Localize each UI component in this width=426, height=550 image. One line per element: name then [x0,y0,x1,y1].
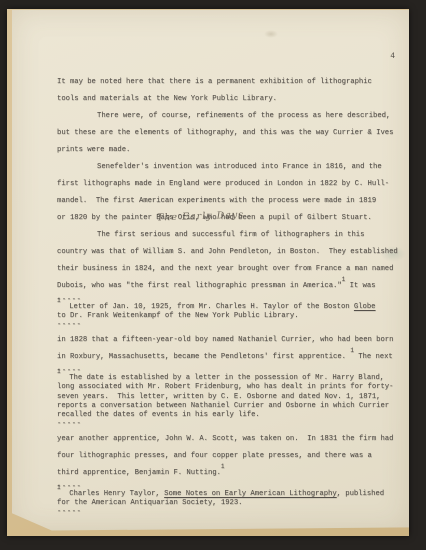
text-line: There were, of course, refinements of th… [57,108,403,125]
footnote-2: ----- 1 The date is established by a let… [57,368,403,427]
text-line: their business in 1824, and the next yea… [57,261,403,278]
footnote-line: recalled the dates of events in his earl… [57,411,403,420]
footnote-line: 1 The date is established by a letter in… [57,374,403,383]
paragraph-5: in 1828 that a fifteen-year-old boy name… [57,332,403,366]
footnote-line: 1 Letter of Jan. 10, 1925, from Mr. Char… [57,303,403,312]
text-line: Dubois, who was "the first real lithogra… [57,278,403,295]
footnote-line: to Dr. Frank Weitenkampf of the New York… [57,312,403,321]
footnote-reference: 1 [221,463,225,470]
text-line: year another apprentice, John W. A. Scot… [57,431,403,448]
text-line: first lithographs made in England were p… [57,176,403,193]
body-text: It may be noted here that there is a per… [57,74,403,519]
text-segment: , published [337,490,384,498]
text-segment: Dubois, who was "the first real lithogra… [57,282,342,290]
text-line: Senefelder's invention was introduced in… [57,159,403,176]
footnote-line: long associated with Mr. Robert Fridenbu… [57,383,403,392]
paragraph-3: Senefelder's invention was introduced in… [57,159,403,227]
page-number: 4 [390,52,395,61]
footnote-separator: ----- [57,509,403,515]
text-line: tools and materials at the New York Publ… [57,91,403,108]
footnote-separator: ----- [57,421,403,427]
text-segment: The next [354,353,393,361]
text-line: third apprentice, Benjamin F. Nutting.1 [57,465,403,482]
text-line: four lithographic presses, and four copp… [57,448,403,465]
footnote-number: 1 [57,484,61,491]
footnote-reference: 1 [342,276,346,283]
text-segment: in Roxbury, Massachusetts, became the Pe… [57,353,350,361]
text-line: but these are the elements of lithograph… [57,125,403,142]
text-segment: The date is established by a letter in t… [61,374,385,382]
footnote-3: ----- 1 Charles Henry Taylor, Some Notes… [57,484,403,515]
paragraph-4: The first serious and successful firm of… [57,227,403,295]
footnote-line: 1 Charles Henry Taylor, Some Notes on Ea… [57,490,403,499]
underlined-title: Globe [354,303,376,311]
paper-stain [264,30,278,38]
underlined-title: Some Notes on Early American Lithography [164,490,337,498]
text-line: or 1820 by the painter Bass Otis, who ha… [57,210,403,227]
text-segment: Letter of Jan. 10, 1925, from Mr. Charle… [61,303,354,311]
footnote-line: for the American Antiquarian Society, 19… [57,499,403,508]
text-line: The first serious and successful firm of… [57,227,403,244]
footnote-1: ----- 1 Letter of Jan. 10, 1925, from Mr… [57,297,403,328]
text-line: mandel. The first American experiments w… [57,193,403,210]
paragraph-2: There were, of course, refinements of th… [57,108,403,159]
text-segment: Charles Henry Taylor, [61,490,165,498]
text-line: It may be noted here that there is a per… [57,74,403,91]
text-segment: It was [345,282,375,290]
scan-background: 4 The Early Days It may be noted here th… [0,0,426,550]
footnote-number: 1 [57,368,61,375]
paragraph-6: year another apprentice, John W. A. Scot… [57,431,403,482]
text-line: prints were made. [57,142,403,159]
footnote-number: 1 [57,297,61,304]
document-page: 4 The Early Days It may be noted here th… [12,10,409,531]
text-line: country was that of William S. and John … [57,244,403,261]
paragraph-1: It may be noted here that there is a per… [57,74,403,108]
footnote-line: seven years. This letter, written by C. … [57,393,403,402]
footnote-reference: 1 [350,347,354,354]
text-segment: third apprentice, Benjamin F. Nutting. [57,469,221,477]
footnote-separator: ----- [57,322,403,328]
text-line: in Roxbury, Massachusetts, became the Pe… [57,349,403,366]
